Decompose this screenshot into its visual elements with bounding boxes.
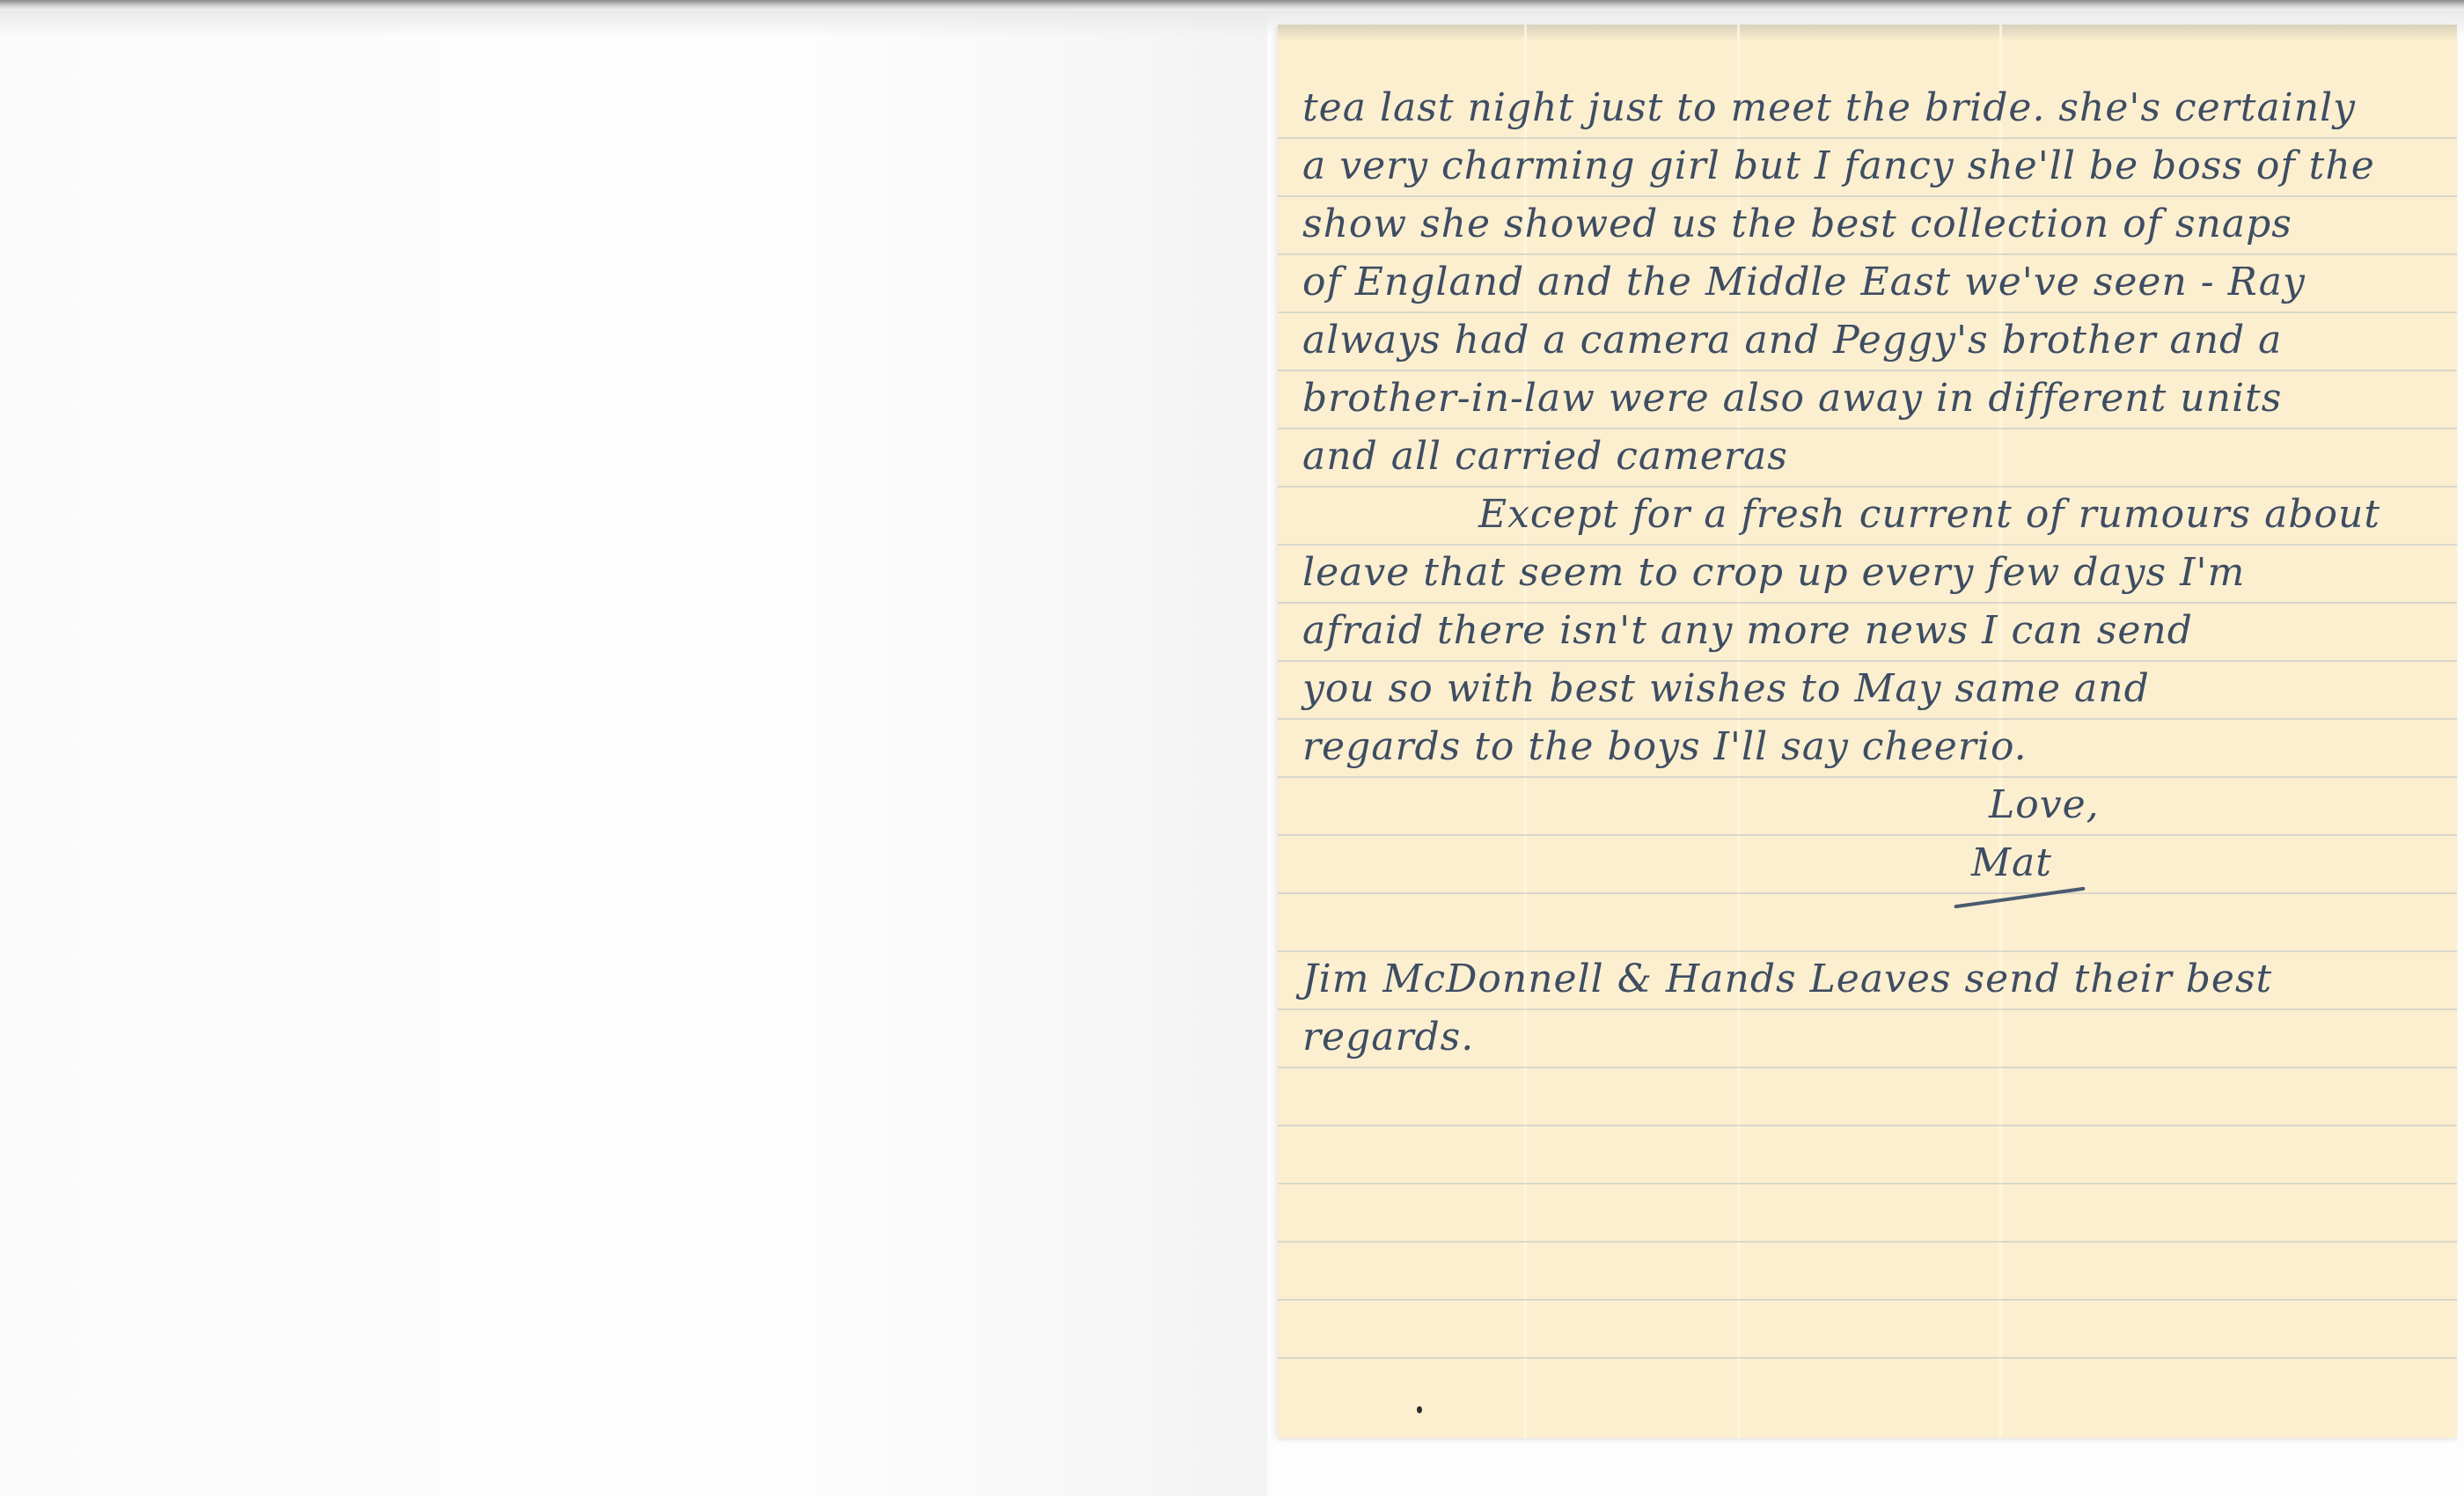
letter-closing: Love,: [1989, 776, 2100, 834]
ruled-line: [1278, 834, 2457, 836]
letter-line: of England and the Middle East we've see…: [1302, 253, 2306, 312]
ruled-line: [1278, 1299, 2457, 1301]
letter-line: and all carried cameras: [1302, 428, 1788, 486]
letter-line: afraid there isn't any more news I can s…: [1302, 602, 2193, 660]
letter-line: Except for a fresh current of rumours ab…: [1478, 486, 2380, 544]
postscript-line: regards.: [1302, 1008, 1474, 1067]
ruled-line: [1278, 776, 2457, 778]
letter-line: brother-in-law were also away in differe…: [1302, 370, 2282, 428]
letter-line: tea last night just to meet the bride. s…: [1302, 79, 2356, 137]
paper-top-shade: [1278, 25, 2457, 40]
letter-line: you so with best wishes to May same and: [1302, 660, 2150, 718]
ruled-line: [1278, 1357, 2457, 1359]
letter-page: tea last night just to meet the bride. s…: [1278, 25, 2457, 1438]
ink-speck: [1417, 1406, 1422, 1413]
ruled-line: [1278, 1183, 2457, 1184]
ruled-line: [1278, 1241, 2457, 1243]
letter-line: leave that seem to crop up every few day…: [1302, 544, 2245, 602]
letter-line: show she showed us the best collection o…: [1302, 195, 2292, 253]
postscript-line: Jim McDonnell & Hands Leaves send their …: [1302, 950, 2272, 1008]
ruled-line: [1278, 1125, 2457, 1126]
letter-line: a very charming girl but I fancy she'll …: [1302, 137, 2375, 195]
scanner-edge: [0, 0, 2464, 11]
letter-signature: Mat: [1971, 834, 2052, 892]
blank-scan-area: [0, 11, 1267, 1496]
ruled-line: [1278, 1067, 2457, 1068]
ruled-line: [1278, 892, 2457, 894]
letter-line: regards to the boys I'll say cheerio.: [1302, 718, 2028, 776]
letter-line: always had a camera and Peggy's brother …: [1302, 312, 2282, 370]
